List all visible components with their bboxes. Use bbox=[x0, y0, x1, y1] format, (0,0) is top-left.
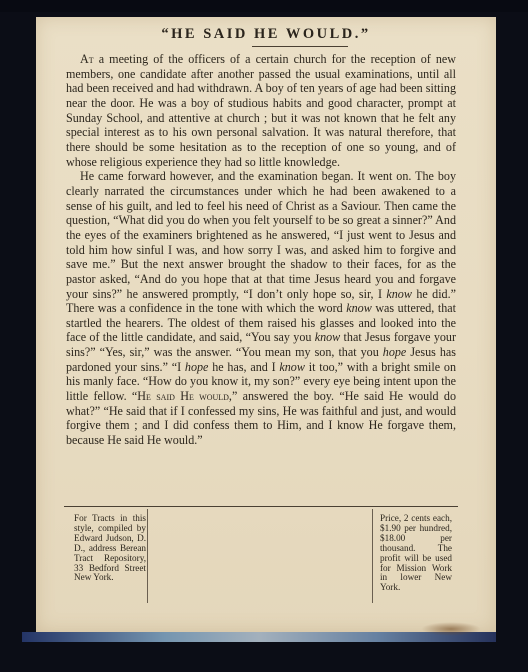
small-caps-text: At bbox=[80, 52, 94, 66]
tract-card: “HE SAID HE WOULD.” At a meeting of the … bbox=[36, 17, 496, 632]
emphasis: hope bbox=[383, 345, 407, 359]
footer-right-separator bbox=[372, 509, 373, 603]
emphasis: hope bbox=[185, 360, 209, 374]
paper-stain bbox=[421, 622, 481, 636]
emphasis: know bbox=[386, 287, 412, 301]
text-run: he has, and I bbox=[208, 360, 279, 374]
frame-top-border bbox=[0, 0, 528, 12]
body-text: At a meeting of the officers of a certai… bbox=[66, 52, 456, 448]
document-title: “HE SAID HE WOULD.” bbox=[36, 26, 496, 43]
text-run: a meeting of the officers of a certain c… bbox=[66, 52, 456, 169]
price-note: Price, 2 cents each, $1.90 per hundred, … bbox=[380, 514, 452, 593]
emphasis: know bbox=[279, 360, 305, 374]
small-caps-text: He said He would bbox=[137, 389, 229, 403]
text-run: He came forward however, and the examina… bbox=[66, 169, 456, 300]
footer-divider bbox=[64, 506, 458, 507]
emphasis: know bbox=[315, 330, 341, 344]
title-underline bbox=[252, 46, 348, 47]
footer-left-separator bbox=[147, 509, 148, 603]
emphasis: know bbox=[346, 301, 372, 315]
paragraph-2: He came forward however, and the examina… bbox=[66, 169, 456, 447]
publisher-address-note: For Tracts in this style, compiled by Ed… bbox=[74, 514, 146, 583]
paragraph-1: At a meeting of the officers of a certai… bbox=[66, 52, 456, 169]
